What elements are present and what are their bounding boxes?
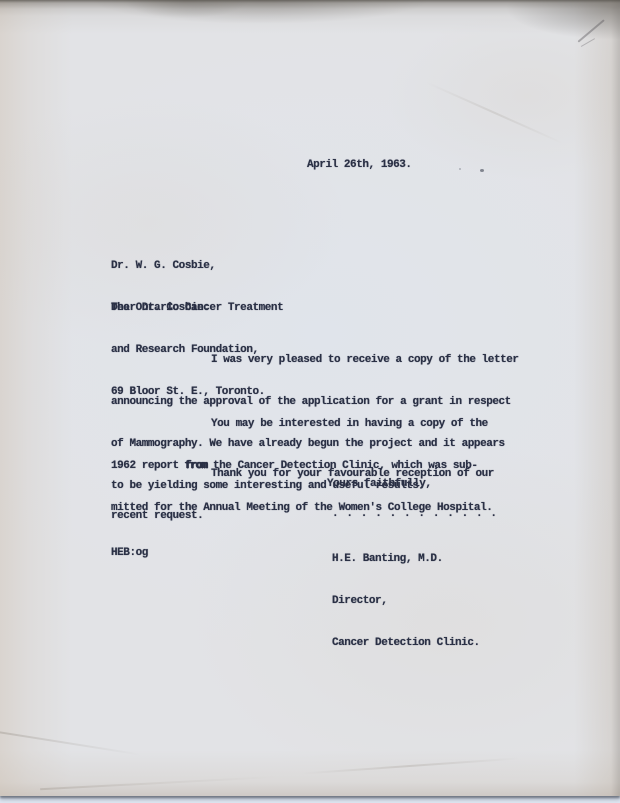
scanned-letter: April 26th, 1963. Dr. W. G. Cosbie, The …: [0, 0, 620, 803]
signatory-title: Director,: [332, 594, 480, 608]
pencil-scratch-mark: [581, 38, 596, 47]
address-line: Dr. W. G. Cosbie,: [111, 259, 283, 273]
paper-crease: [40, 776, 280, 790]
paper-crease: [0, 730, 141, 755]
typist-reference: HEB:og: [111, 546, 148, 560]
paper-crease: [426, 82, 564, 144]
body-line: You may be interested in having a copy o…: [111, 417, 523, 431]
signature-block: H.E. Banting, M.D. Director, Cancer Dete…: [332, 524, 480, 678]
closing-valediction: Yours faithfully,: [327, 477, 432, 491]
body-line: I was very pleased to receive a copy of …: [111, 353, 523, 367]
date-line: April 26th, 1963.: [307, 158, 412, 172]
ink-speck: [459, 168, 461, 170]
salutation: Dear Dr. Cosbie:: [111, 301, 209, 315]
letter-paper: April 26th, 1963. Dr. W. G. Cosbie, The …: [0, 0, 620, 796]
signatory-name: H.E. Banting, M.D.: [332, 552, 480, 566]
pencil-scratch-mark: [577, 19, 604, 42]
signatory-organization: Cancer Detection Clinic.: [332, 636, 480, 650]
body-line: Thank you for your favourable reception …: [111, 467, 523, 481]
paper-crease: [300, 757, 520, 774]
ink-speck: [480, 169, 484, 172]
signature-dotted-line: . . . . . . . . . . . .: [332, 508, 498, 520]
